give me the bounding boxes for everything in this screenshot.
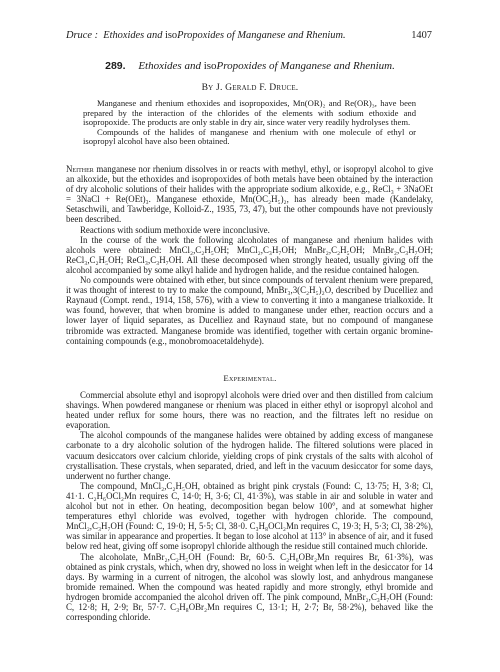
experimental-paragraph-2: The alcohol compounds of the manganese h…: [66, 430, 433, 480]
introduction: Neither manganese nor rhenium dissolves …: [66, 164, 433, 346]
intro-paragraph-4: No compounds were obtained with ether, b…: [66, 275, 433, 346]
byline-by: By: [202, 82, 214, 93]
author-name: J. Gerald F. Druce.: [216, 82, 298, 93]
article-title: 289. Ethoxides and isoPropoxides of Mang…: [0, 60, 500, 72]
title-post: Propoxides of Manganese and Rhenium.: [217, 60, 395, 72]
intro-paragraph-1-text: manganese nor rhenium dissolves in or re…: [66, 164, 433, 224]
abstract: Manganese and rhenium ethoxides and isop…: [83, 99, 416, 147]
intro-lead-word: Neither: [66, 164, 94, 174]
running-head-title-post: Propoxides of Manganese and Rhenium.: [177, 30, 345, 41]
abstract-paragraph-2: Compounds of the halides of manganese an…: [83, 128, 416, 147]
title-pre: Ethoxides and: [138, 60, 203, 72]
running-head-author: Druce :: [66, 30, 98, 41]
experimental-paragraph-3: The compound, MnCl₂,C₂H₅OH, obtained as …: [66, 481, 433, 552]
article-title-text: Ethoxides and isoPropoxides of Manganese…: [138, 60, 395, 72]
running-head-title-pre: Ethoxides and: [103, 30, 165, 41]
abstract-paragraph-1: Manganese and rhenium ethoxides and isop…: [83, 99, 416, 128]
experimental-paragraph-1: Commercial absolute ethyl and isopropyl …: [66, 390, 433, 430]
running-head: Druce : Ethoxides and isoPropoxides of M…: [66, 30, 432, 41]
experimental-section: Commercial absolute ethyl and isopropyl …: [66, 390, 433, 622]
section-heading-experimental: Experimental.: [0, 373, 500, 383]
article-number: 289.: [105, 60, 125, 72]
page-number: 1407: [411, 30, 432, 41]
intro-paragraph-1: Neither manganese nor rhenium dissolves …: [66, 164, 433, 225]
experimental-paragraph-4: The alcoholate, MnBr₂,C₂H₅OH (Found: Br,…: [66, 552, 433, 623]
intro-paragraph-3: In the course of the work the following …: [66, 235, 433, 275]
title-iso: iso: [204, 60, 217, 72]
journal-page: Druce : Ethoxides and isoPropoxides of M…: [0, 0, 500, 672]
running-head-title: Druce : Ethoxides and isoPropoxides of M…: [66, 30, 346, 41]
intro-paragraph-2: Reactions with sodium methoxide were inc…: [66, 225, 433, 235]
running-head-title-iso: iso: [165, 30, 177, 41]
byline: By J. Gerald F. Druce.: [0, 82, 500, 93]
